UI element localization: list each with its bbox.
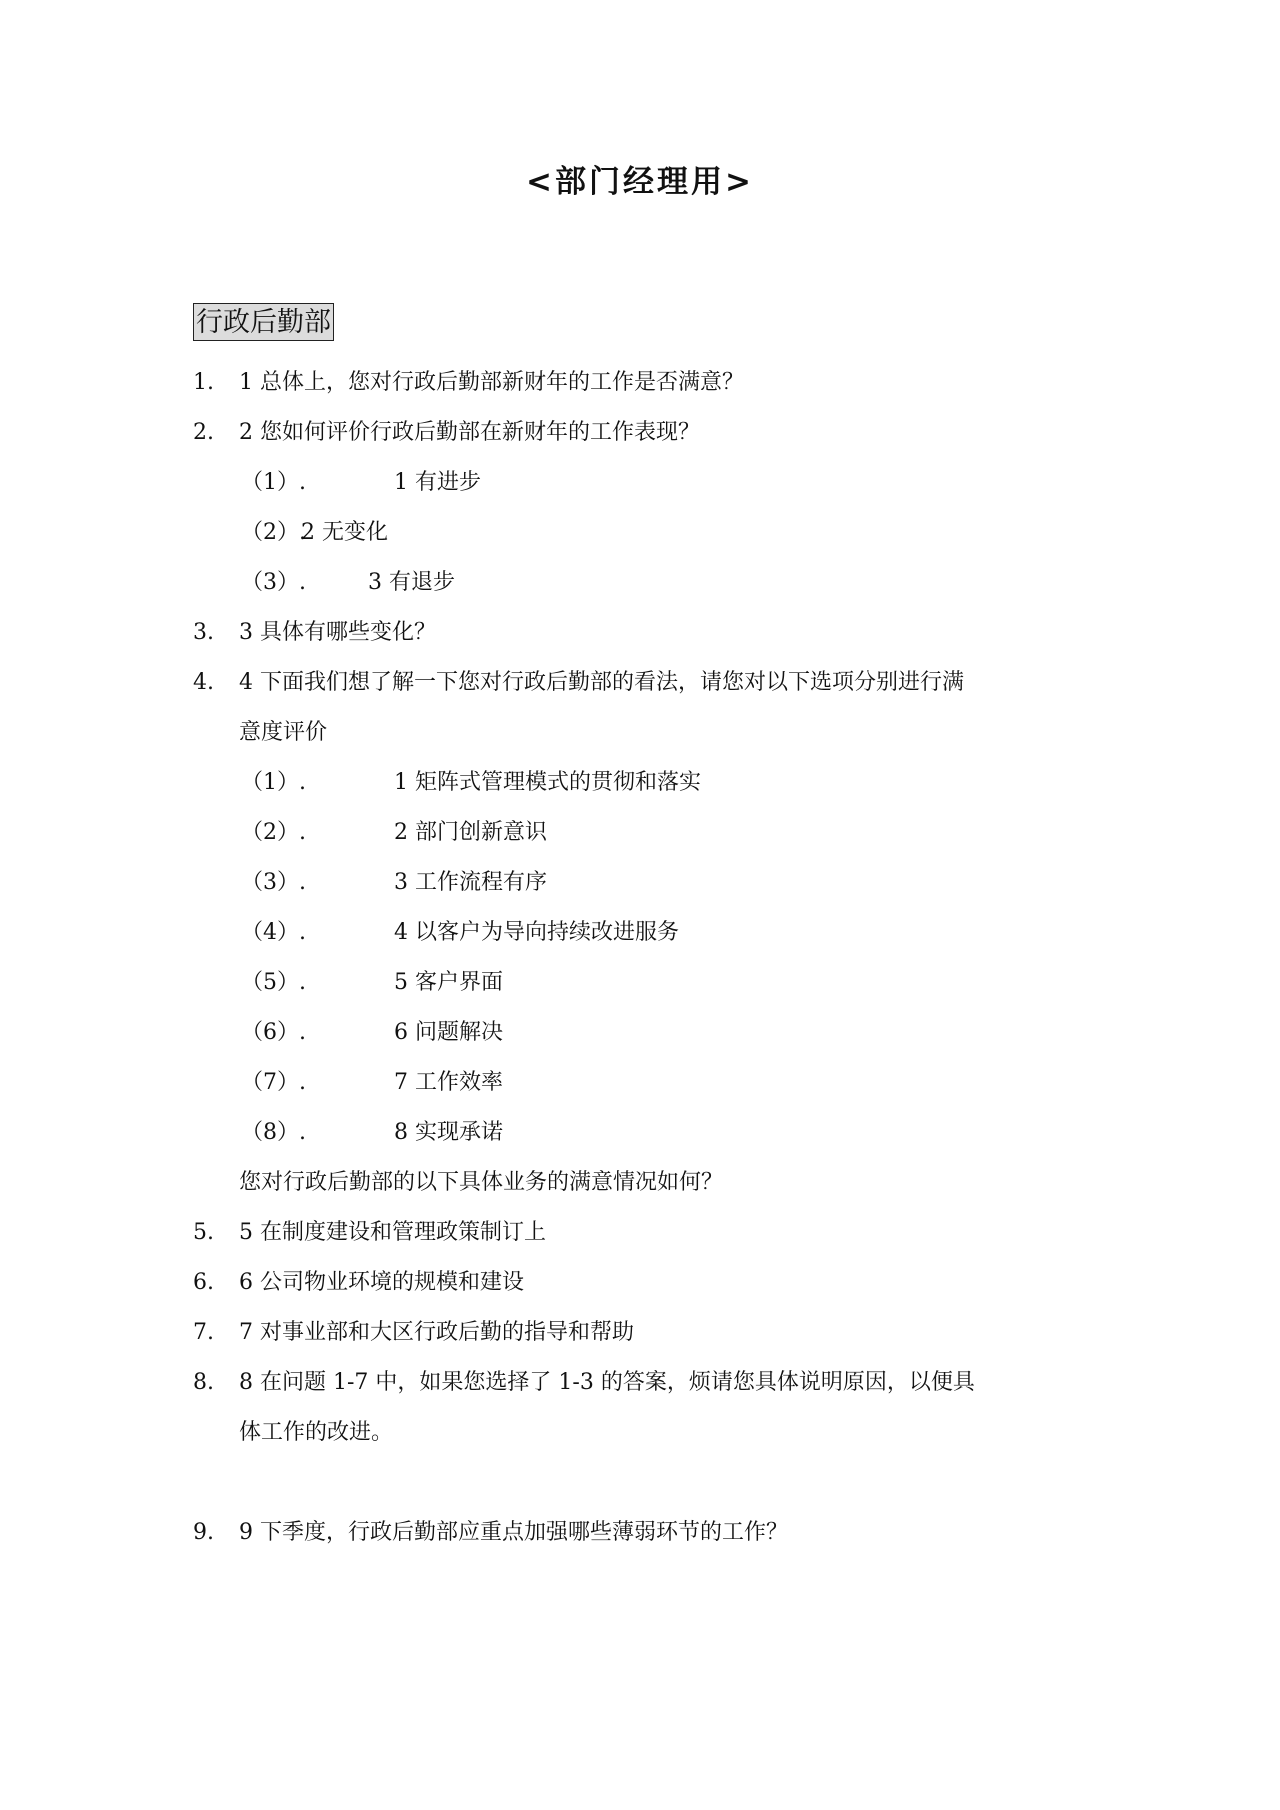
- question-number: 5.: [193, 1218, 239, 1248]
- question-7: 7.7 对事业部和大区行政后勤的指导和帮助: [193, 1318, 634, 1348]
- option-text: 3 工作流程有序: [394, 870, 547, 895]
- question-number: 2.: [193, 418, 239, 448]
- option-number: （7）.: [241, 1068, 394, 1098]
- question-number: 4.: [193, 668, 239, 698]
- q4-option-8: （8）.8 实现承诺: [241, 1118, 503, 1148]
- option-number: （5）.: [241, 968, 394, 998]
- question-text: 7 对事业部和大区行政后勤的指导和帮助: [239, 1320, 634, 1345]
- page-title: <部门经理用>: [0, 162, 1280, 202]
- option-number: （3）.: [241, 568, 368, 598]
- q4-option-5: （5）.5 客户界面: [241, 968, 503, 998]
- q4-option-3: （3）.3 工作流程有序: [241, 868, 547, 898]
- question-number: 8.: [193, 1368, 239, 1398]
- question-number: 6.: [193, 1268, 239, 1298]
- option-text: 8 实现承诺: [394, 1120, 503, 1145]
- question-text: 8 在问题 1-7 中，如果您选择了 1-3 的答案，烦请您具体说明原因，以便具: [239, 1370, 975, 1395]
- option-number: （6）.: [241, 1018, 394, 1048]
- q4-option-6: （6）.6 问题解决: [241, 1018, 503, 1048]
- question-text: 2 您如何评价行政后勤部在新财年的工作表现？: [239, 420, 700, 445]
- option-number: （2）.: [241, 818, 394, 848]
- question-text: 3 具体有哪些变化？: [239, 620, 436, 645]
- question-2: 2.2 您如何评价行政后勤部在新财年的工作表现？: [193, 418, 700, 448]
- question-4: 4.4 下面我们想了解一下您对行政后勤部的看法，请您对以下选项分别进行满: [193, 668, 964, 698]
- question-text: 4 下面我们想了解一下您对行政后勤部的看法，请您对以下选项分别进行满: [239, 670, 964, 695]
- business-intro: 您对行政后勤部的以下具体业务的满意情况如何？: [239, 1168, 723, 1198]
- option-text: 2 部门创新意识: [394, 820, 547, 845]
- option-number: （1）.: [241, 468, 394, 498]
- option-number: （4）.: [241, 918, 394, 948]
- question-4-continuation: 意度评价: [239, 718, 327, 748]
- option-text: 1 矩阵式管理模式的贯彻和落实: [394, 770, 701, 795]
- option-text: 4 以客户为导向持续改进服务: [394, 920, 679, 945]
- option-text: 1 有进步: [394, 470, 481, 495]
- option-number: （2）.: [241, 518, 301, 548]
- question-1: 1.1 总体上，您对行政后勤部新财年的工作是否满意？: [193, 368, 744, 398]
- option-number: （8）.: [241, 1118, 394, 1148]
- section-label: 行政后勤部: [193, 303, 334, 341]
- question-number: 1.: [193, 368, 239, 398]
- q4-option-4: （4）.4 以客户为导向持续改进服务: [241, 918, 679, 948]
- question-3: 3.3 具体有哪些变化？: [193, 618, 436, 648]
- question-6: 6.6 公司物业环境的规模和建设: [193, 1268, 524, 1298]
- question-number: 3.: [193, 618, 239, 648]
- q2-option-2: （2）.2 无变化: [241, 518, 388, 548]
- option-text: 5 客户界面: [394, 970, 503, 995]
- q4-option-2: （2）.2 部门创新意识: [241, 818, 547, 848]
- question-text: 5 在制度建设和管理政策制订上: [239, 1220, 546, 1245]
- q2-option-3: （3）.3 有退步: [241, 568, 455, 598]
- option-text: 7 工作效率: [394, 1070, 503, 1095]
- question-number: 9.: [193, 1518, 239, 1548]
- question-text: 1 总体上，您对行政后勤部新财年的工作是否满意？: [239, 370, 744, 395]
- question-8: 8.8 在问题 1-7 中，如果您选择了 1-3 的答案，烦请您具体说明原因，以…: [193, 1368, 975, 1398]
- option-text: 6 问题解决: [394, 1020, 503, 1045]
- option-text: 2 无变化: [301, 520, 388, 545]
- q4-option-7: （7）.7 工作效率: [241, 1068, 503, 1098]
- question-8-continuation: 体工作的改进。: [239, 1418, 393, 1448]
- question-9: 9.9 下季度，行政后勤部应重点加强哪些薄弱环节的工作？: [193, 1518, 788, 1548]
- option-number: （3）.: [241, 868, 394, 898]
- q2-option-1: （1）.1 有进步: [241, 468, 481, 498]
- q4-option-1: （1）.1 矩阵式管理模式的贯彻和落实: [241, 768, 701, 798]
- option-number: （1）.: [241, 768, 394, 798]
- question-text: 6 公司物业环境的规模和建设: [239, 1270, 524, 1295]
- option-text: 3 有退步: [368, 570, 455, 595]
- question-text: 9 下季度，行政后勤部应重点加强哪些薄弱环节的工作？: [239, 1520, 788, 1545]
- question-number: 7.: [193, 1318, 239, 1348]
- question-5: 5.5 在制度建设和管理政策制订上: [193, 1218, 546, 1248]
